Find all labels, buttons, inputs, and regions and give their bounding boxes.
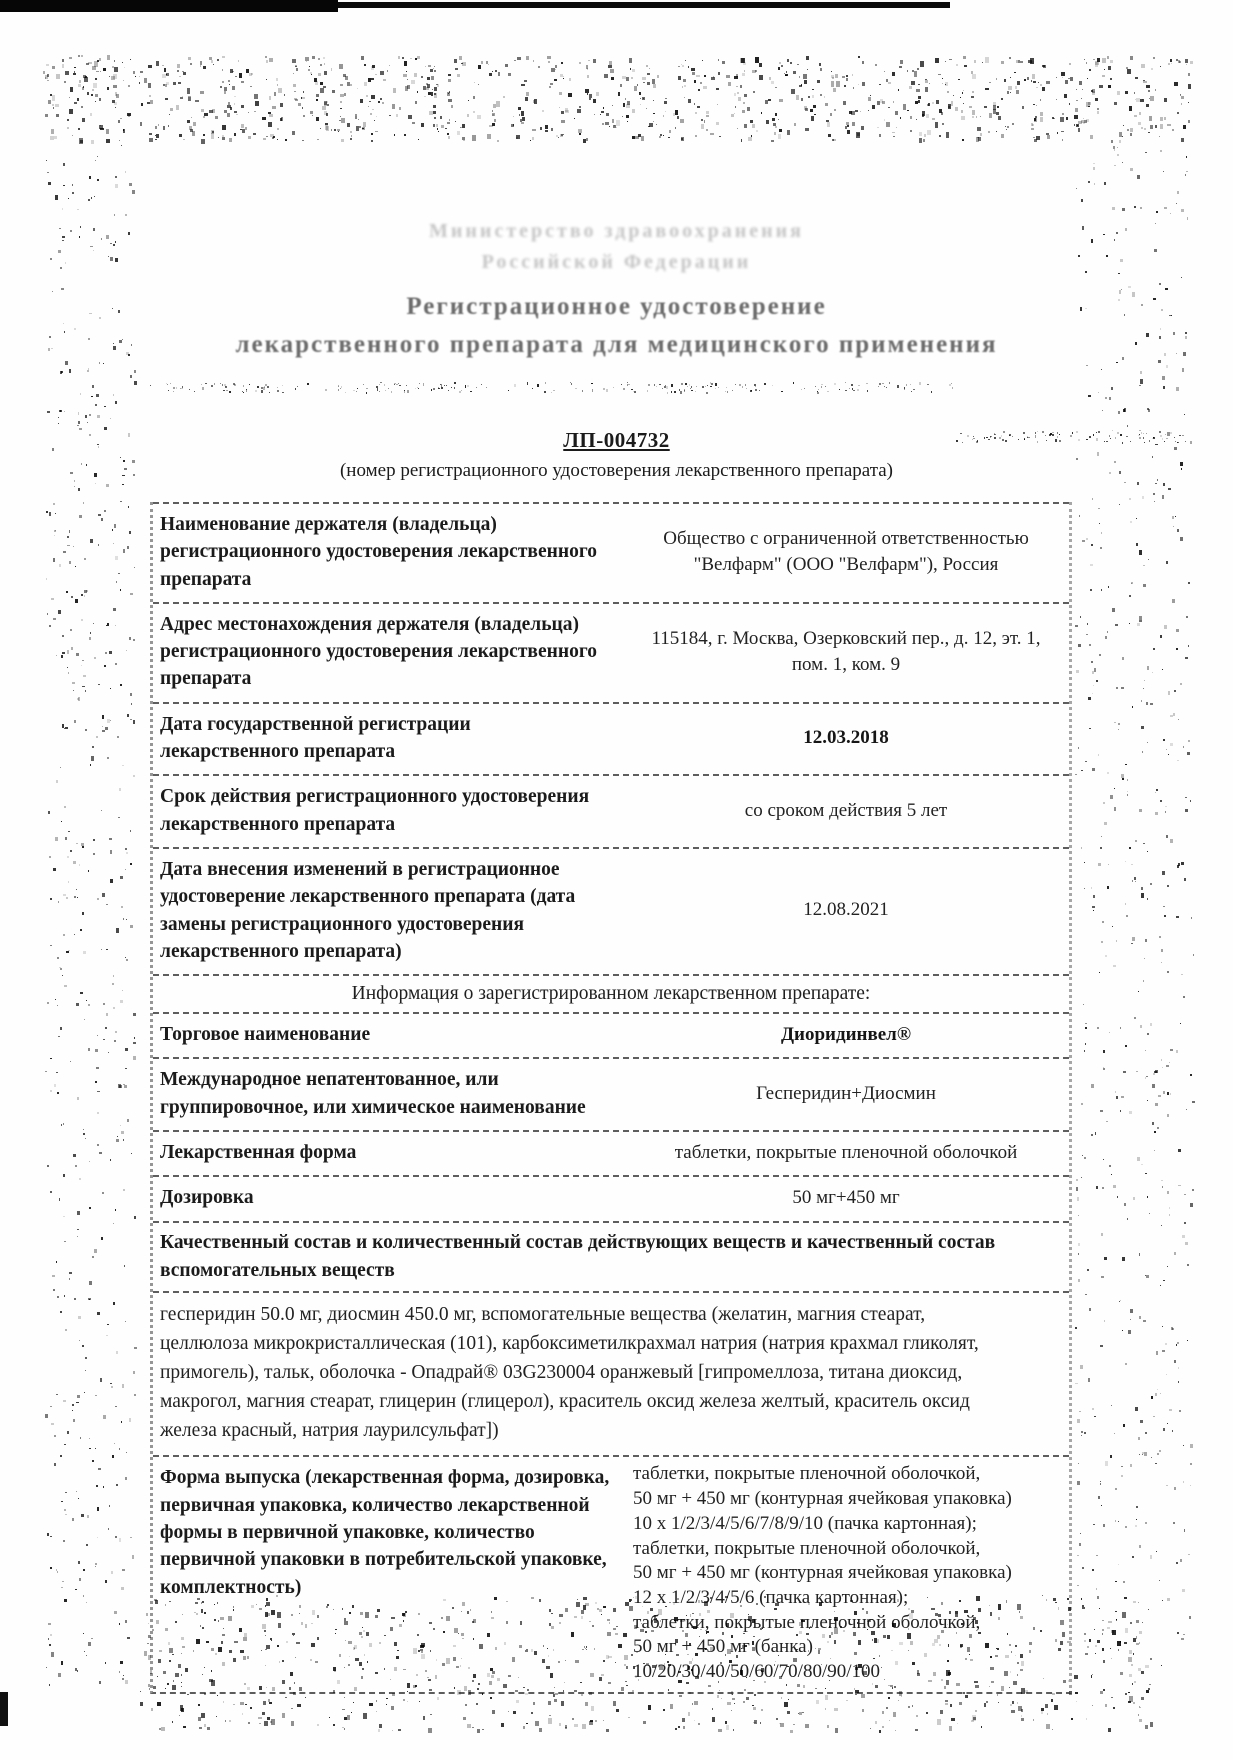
row-value: Общество с ограниченной ответственностью… xyxy=(623,526,1069,578)
scanned-certificate-page: Министерство здравоохранения Российской … xyxy=(0,0,1233,1760)
row-label: Лекарственная форма xyxy=(153,1137,623,1168)
photocopy-edge-bar xyxy=(0,0,338,12)
row-label: Дата государственной регистрации лекарст… xyxy=(153,709,623,768)
composition-heading: Качественный состав и количественный сос… xyxy=(153,1221,1069,1292)
row-label: Наименование держателя (владельца) регис… xyxy=(153,509,623,595)
registration-number-caption: (номер регистрационного удостоверения ле… xyxy=(0,460,1233,482)
row-label: Дозировка xyxy=(153,1182,623,1213)
table-row-inn-name: Международное непатентованное, или групп… xyxy=(153,1057,1069,1130)
row-value: 50 мг+450 мг xyxy=(623,1185,1069,1211)
row-value: со сроком действия 5 лет xyxy=(623,798,1069,824)
row-label: Форма выпуска (лекарственная форма, дози… xyxy=(153,1462,623,1602)
row-value: 115184, г. Москва, Озерковский пер., д. … xyxy=(623,626,1069,678)
table-row-holder-address: Адрес местонахождения держателя (владель… xyxy=(153,602,1069,702)
ministry-header-faded: Министерство здравоохранения Российской … xyxy=(0,216,1233,278)
registration-table: Наименование держателя (владельца) регис… xyxy=(150,502,1072,1694)
photocopy-edge-mark xyxy=(0,1692,8,1726)
table-row-validity-period: Срок действия регистрационного удостовер… xyxy=(153,774,1069,847)
row-value: 12.03.2018 xyxy=(623,725,1069,751)
row-value: Гесперидин+Диосмин xyxy=(623,1081,1069,1107)
drug-info-heading: Информация о зарегистрированном лекарств… xyxy=(153,974,1069,1012)
table-row-registration-date: Дата государственной регистрации лекарст… xyxy=(153,702,1069,775)
registration-number-block: ЛП-004732 (номер регистрационного удосто… xyxy=(0,428,1233,482)
table-row-dosage: Дозировка 50 мг+450 мг xyxy=(153,1175,1069,1220)
table-row-holder-name: Наименование держателя (владельца) регис… xyxy=(153,502,1069,602)
registration-number: ЛП-004732 xyxy=(0,428,1233,453)
row-label: Торговое наименование xyxy=(153,1019,623,1050)
row-label: Дата внесения изменений в регистрационно… xyxy=(153,854,623,967)
table-row-trade-name: Торговое наименование Диоридинвел® xyxy=(153,1012,1069,1057)
row-label: Адрес местонахождения держателя (владель… xyxy=(153,609,623,695)
row-value: Диоридинвел® xyxy=(623,1022,1069,1048)
row-label: Международное непатентованное, или групп… xyxy=(153,1064,623,1123)
row-value: таблетки, покрытые пленочной оболочкой, … xyxy=(623,1462,1069,1684)
document-title-degraded: Регистрационное удостоверение лекарствен… xyxy=(0,288,1233,363)
row-value: таблетки, покрытые пленочной оболочкой xyxy=(623,1140,1069,1166)
composition-body: гесперидин 50.0 мг, диосмин 450.0 мг, вс… xyxy=(153,1291,1069,1455)
table-row-amendment-date: Дата внесения изменений в регистрационно… xyxy=(153,847,1069,974)
row-label: Срок действия регистрационного удостовер… xyxy=(153,781,623,840)
row-value: 12.08.2021 xyxy=(623,897,1069,923)
photocopy-edge-bar-thin xyxy=(338,2,950,8)
table-row-dosage-form: Лекарственная форма таблетки, покрытые п… xyxy=(153,1130,1069,1175)
table-row-release-form: Форма выпуска (лекарственная форма, дози… xyxy=(153,1455,1069,1691)
